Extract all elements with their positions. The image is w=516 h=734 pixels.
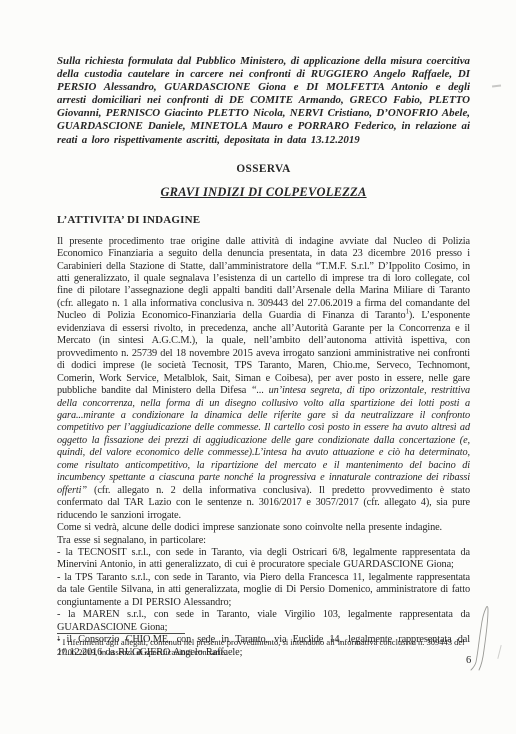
body-text: Il presente procedimento trae origine da… bbox=[57, 236, 470, 659]
list-item-tecnosit: - la TECNOSIT s.r.l., con sede in Tarant… bbox=[57, 547, 470, 572]
scan-artifact-slash bbox=[497, 645, 502, 659]
pen-mark bbox=[467, 604, 493, 676]
footnote-text: 1 I riferimenti agli allegati, contenuti… bbox=[57, 637, 472, 658]
intro-paragraph: Sulla richiesta formulata dal Pubblico M… bbox=[57, 55, 470, 147]
document-page: Sulla richiesta formulata dal Pubblico M… bbox=[0, 0, 516, 734]
attivita-heading: L’ATTIVITA’ DI INDAGINE bbox=[57, 214, 470, 226]
main-paragraph-part3: (cfr. allegato n. 2 della informativa co… bbox=[57, 485, 470, 521]
page-content: Sulla richiesta formulata dal Pubblico M… bbox=[57, 55, 470, 659]
main-paragraph-part2: ). L’esponente evidenziava di essersi ri… bbox=[57, 310, 470, 396]
footnote-separator bbox=[57, 633, 185, 634]
list-item-tps: - la TPS Taranto s.r.l., con sede in Tar… bbox=[57, 572, 470, 609]
agcm-quotation: “... un’intesa segreta, di tipo orizzont… bbox=[57, 385, 470, 496]
tra-esse-line: Tra esse si segnalano, in particolare: bbox=[57, 535, 470, 547]
osserva-heading: OSSERVA bbox=[57, 163, 470, 175]
scan-artifact-dash bbox=[492, 84, 501, 87]
main-paragraph: Il presente procedimento trae origine da… bbox=[57, 236, 470, 522]
footnote-area: 1 I riferimenti agli allegati, contenuti… bbox=[57, 633, 472, 658]
list-item-maren: - la MAREN s.r.l., con sede in Taranto, … bbox=[57, 609, 470, 634]
footnote-body: I riferimenti agli allegati, contenuti n… bbox=[57, 637, 465, 657]
come-si-vedra-line: Come si vedrà, alcune delle dodici impre… bbox=[57, 522, 470, 534]
gravi-indizi-heading: GRAVI INDIZI DI COLPEVOLEZZA bbox=[57, 185, 470, 200]
